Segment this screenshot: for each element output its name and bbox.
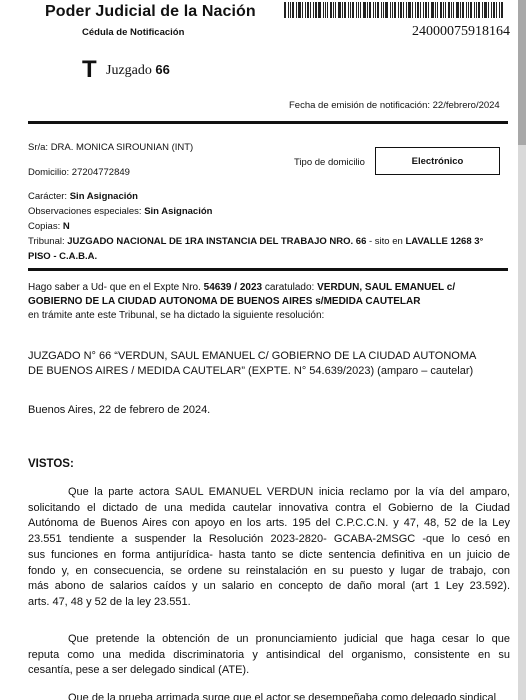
- barcode-bar: [315, 2, 317, 18]
- tipo-domicilio-label: Tipo de domicilio: [294, 157, 365, 168]
- barcode-bar: [302, 2, 303, 18]
- copias-value: N: [63, 221, 70, 232]
- tribunal-label: Tribunal:: [28, 236, 65, 247]
- barcode-bar: [468, 2, 469, 18]
- document-type: Cédula de Notificación: [82, 27, 184, 38]
- barcode-bar: [466, 2, 467, 18]
- barcode-bar: [352, 2, 354, 18]
- barcode-bar: [313, 2, 314, 18]
- barcode-bar: [323, 2, 324, 18]
- barcode-bar: [484, 2, 487, 18]
- paragraph-line: Que la parte actora SAUL EMANUEL VERDUN …: [28, 485, 510, 501]
- barcode-bar: [369, 2, 371, 18]
- observaciones-label: Observaciones especiales:: [28, 206, 142, 217]
- paragraph-line: solicitando el dictado de una medida cau…: [28, 501, 510, 517]
- barcode-bar: [496, 2, 497, 18]
- barcode-bar: [453, 2, 454, 18]
- caracter-value: Sin Asignación: [70, 191, 138, 202]
- recipient-domicilio: Domicilio: 27204772849: [28, 167, 130, 178]
- barcode-bar: [298, 2, 301, 18]
- court-letter: T: [82, 56, 97, 84]
- barcode-bar: [428, 2, 429, 18]
- barcode-bar: [440, 2, 442, 18]
- paragraph-line: sus funciones en forma antijurídica- has…: [28, 548, 510, 564]
- barcode-bar: [412, 2, 413, 18]
- tribunal-value: JUZGADO NACIONAL DE 1RA INSTANCIA DEL TR…: [67, 236, 366, 247]
- barcode-bar: [333, 2, 334, 18]
- caracter-label: Carácter:: [28, 191, 67, 202]
- emission-date: Fecha de emisión de notificación: 22/feb…: [289, 100, 500, 111]
- barcode-bar: [356, 2, 357, 18]
- barcode-bar: [398, 2, 399, 18]
- caratulado-label: caratulado:: [265, 282, 314, 293]
- barcode-bar: [460, 2, 461, 18]
- barcode-bar: [373, 2, 374, 18]
- barcode-bar: [451, 2, 452, 18]
- sito-value: LAVALLE 1268 3°: [405, 236, 483, 247]
- barcode-bar: [305, 2, 306, 18]
- barcode-bar: [431, 2, 434, 18]
- sito-value-2: PISO - C.A.B.A.: [28, 251, 97, 262]
- barcode-bar: [456, 2, 459, 18]
- notice-intro: Hago saber a Ud- que en el Expte Nro.: [28, 282, 201, 293]
- paragraph-line: más abono de salarios caídos y un salari…: [28, 579, 510, 595]
- barcode-bar: [420, 2, 421, 18]
- paragraph-line: Que pretende la obtención de un pronunci…: [28, 632, 510, 648]
- divider: [28, 268, 508, 271]
- resolution-heading-line: DE BUENOS AIRES / MEDIDA CAUTELAR” (EXPT…: [28, 364, 508, 379]
- expte-number: 54639 / 2023: [204, 282, 262, 293]
- paragraph-line: 23.551 tendiente a suspender la Resoluci…: [28, 532, 510, 548]
- barcode-bar: [491, 2, 492, 18]
- barcode-bar: [290, 2, 291, 18]
- barcode-bar: [344, 2, 346, 18]
- tramite-text: en trámite ante este Tribunal, se ha dic…: [28, 309, 498, 323]
- barcode-bar: [327, 2, 328, 18]
- caratula-part-2: GOBIERNO DE LA CIUDAD AUTONOMA DE BUENOS…: [28, 295, 498, 309]
- juzgado-number: 66: [155, 62, 169, 77]
- vistos-paragraph-1: Que la parte actora SAUL EMANUEL VERDUN …: [28, 485, 510, 611]
- vistos-paragraph-2: Que pretende la obtención de un pronunci…: [28, 632, 510, 679]
- barcode-bar: [330, 2, 332, 18]
- barcode-bar: [403, 2, 404, 18]
- paragraph-line: reputa como una medida discriminatoria y…: [28, 648, 510, 664]
- barcode-bar: [292, 2, 294, 18]
- barcode-bar: [415, 2, 416, 18]
- copias-line: Copias: N: [28, 221, 70, 232]
- barcode-bar: [390, 2, 391, 18]
- resolution-heading: JUZGADO N° 66 “VERDUN, SAUL EMANUEL C/ G…: [28, 349, 508, 379]
- barcode-bar: [392, 2, 393, 18]
- barcode-bar: [425, 2, 427, 18]
- juzgado-label: Juzgado 66: [106, 62, 170, 79]
- paragraph-line: arts. 47, 48 y 52 de la ley 23.551.: [28, 595, 510, 611]
- barcode-bar: [307, 2, 309, 18]
- barcode-bar: [377, 2, 379, 18]
- observaciones-line: Observaciones especiales: Sin Asignación: [28, 206, 212, 217]
- barcode-bar: [476, 2, 477, 18]
- recipient-name: Sr/a: DRA. MONICA SIROUNIAN (INT): [28, 142, 193, 153]
- tribunal-line: Tribunal: JUZGADO NACIONAL DE 1RA INSTAN…: [28, 236, 483, 247]
- barcode-bar: [423, 2, 424, 18]
- notice-paragraph: Hago saber a Ud- que en el Expte Nro. 54…: [28, 281, 498, 323]
- barcode-bar: [400, 2, 402, 18]
- notification-document: Poder Judicial de la Nación Cédula de No…: [0, 0, 518, 700]
- paragraph-line: fondo y, en consecuencia, se ordene su r…: [28, 564, 510, 580]
- barcode-bar: [474, 2, 475, 18]
- divider: [28, 121, 508, 124]
- barcode-bar: [499, 2, 500, 18]
- vistos-heading: VISTOS:: [28, 458, 74, 470]
- barcode-bar: [367, 2, 368, 18]
- barcode-bar: [284, 2, 286, 18]
- barcode-bar: [335, 2, 336, 18]
- barcode-bar: [375, 2, 376, 18]
- barcode-bar: [437, 2, 438, 18]
- barcode-bar: [448, 2, 450, 18]
- barcode-bar: [310, 2, 311, 18]
- barcode-bar: [288, 2, 289, 18]
- tribunal-line-2: PISO - C.A.B.A.: [28, 251, 97, 262]
- vistos-paragraph-3: Que de la prueba arrimada surge que el a…: [28, 691, 510, 700]
- barcode-bar: [470, 2, 472, 18]
- barcode-bar: [482, 2, 483, 18]
- barcode-bar: [381, 2, 382, 18]
- barcode-bar: [435, 2, 436, 18]
- barcode-bar: [342, 2, 343, 18]
- resolution-heading-line: JUZGADO N° 66 “VERDUN, SAUL EMANUEL C/ G…: [28, 349, 508, 364]
- barcode-bar: [493, 2, 495, 18]
- paragraph-line: Autónoma de Buenos Aires con apoyo en lo…: [28, 516, 510, 532]
- barcode-bar: [318, 2, 321, 18]
- barcode-bar: [385, 2, 388, 18]
- organization-title: Poder Judicial de la Nación: [45, 3, 256, 21]
- barcode-bar: [350, 2, 351, 18]
- barcode-bar: [338, 2, 341, 18]
- observaciones-value: Sin Asignación: [144, 206, 212, 217]
- barcode-bar: [406, 2, 407, 18]
- barcode-bar: [443, 2, 444, 18]
- tipo-domicilio-value: Electrónico: [375, 147, 500, 175]
- barcode-bar: [360, 2, 361, 18]
- barcode-bar: [408, 2, 411, 18]
- paragraph-line: cesantía, pese a ser delegado sindical (…: [28, 663, 510, 679]
- copias-label: Copias:: [28, 221, 60, 232]
- vertical-scrollbar[interactable]: [518, 0, 526, 700]
- barcode-icon: [284, 2, 506, 18]
- paragraph-line: Que de la prueba arrimada surge que el a…: [28, 691, 510, 700]
- barcode-bar: [394, 2, 396, 18]
- barcode-bar: [348, 2, 349, 18]
- sito-label: - sito en: [369, 236, 403, 247]
- barcode-bar: [383, 2, 384, 18]
- barcode-number: 24000075918164: [412, 24, 510, 40]
- scrollbar-thumb[interactable]: [518, 0, 526, 145]
- barcode-bar: [488, 2, 489, 18]
- barcode-bar: [445, 2, 446, 18]
- barcode-bar: [417, 2, 419, 18]
- caracter-line: Carácter: Sin Asignación: [28, 191, 138, 202]
- barcode-bar: [462, 2, 464, 18]
- barcode-bar: [325, 2, 326, 18]
- barcode-bar: [296, 2, 297, 18]
- barcode-bar: [478, 2, 480, 18]
- caratula-part-1: VERDUN, SAUL EMANUEL c/: [317, 282, 455, 293]
- barcode-bar: [358, 2, 359, 18]
- barcode-bar: [501, 2, 503, 18]
- juzgado-word: Juzgado: [106, 63, 152, 78]
- barcode-bar: [363, 2, 366, 18]
- place-date: Buenos Aires, 22 de febrero de 2024.: [28, 404, 210, 416]
